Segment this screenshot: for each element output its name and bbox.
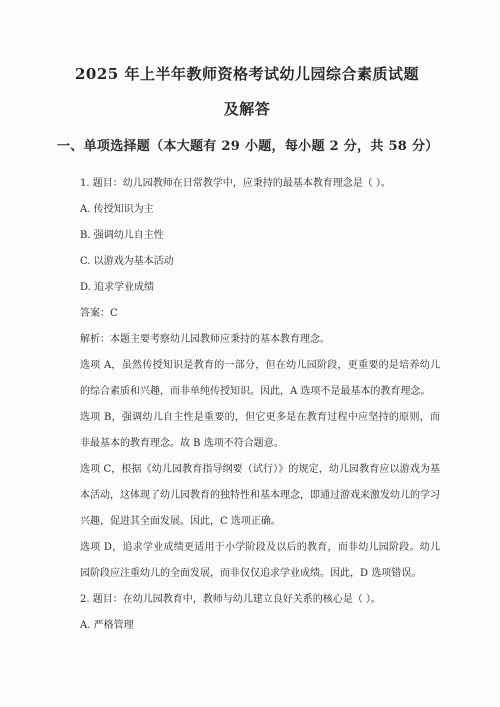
question-1-option-d: D. 追求学业成绩: [80, 275, 440, 301]
question-1-analysis-option-a: 选项 A，虽然传授知识是教育的一部分，但在幼儿园阶段，更重要的是培养幼儿的综合素…: [80, 353, 440, 405]
document-title: 2025 年上半年教师资格考试幼儿园综合素质试题 及解答: [57, 57, 437, 127]
question-1-stem: 1. 题目：幼儿园教师在日常教学中，应秉持的最基本教育理念是（ ）。: [80, 171, 440, 197]
document-page: 2025 年上半年教师资格考试幼儿园综合素质试题 及解答 一、单项选择题（本大题…: [0, 0, 500, 707]
question-1-analysis-option-d: 选项 D，追求学业成绩更适用于小学阶段及以后的教育，而非幼儿园阶段。幼儿园阶段应…: [80, 535, 440, 587]
question-1-answer: 答案：C: [80, 301, 440, 327]
question-1-analysis-intro: 解析：本题主要考察幼儿园教师应秉持的基本教育理念。: [80, 327, 440, 353]
question-1-analysis-option-c: 选项 C，根据《幼儿园教育指导纲要（试行）》的规定，幼儿园教育应以游戏为基本活动…: [80, 457, 440, 535]
question-2-stem: 2. 题目：在幼儿园教育中，教师与幼儿建立良好关系的核心是（ ）。: [80, 587, 440, 613]
title-line-2: 及解答: [57, 92, 437, 127]
question-1-analysis-option-b: 选项 B，强调幼儿自主性是重要的，但它更多是在教育过程中应坚持的原则，而非最基本…: [80, 405, 440, 457]
section-heading: 一、单项选择题（本大题有 29 小题，每小题 2 分，共 58 分）: [57, 134, 500, 160]
document-body: 1. 题目：幼儿园教师在日常教学中，应秉持的最基本教育理念是（ ）。 A. 传授…: [80, 171, 440, 639]
question-1-option-a: A. 传授知识为主: [80, 197, 440, 223]
question-1-option-b: B. 强调幼儿自主性: [80, 223, 440, 249]
title-line-1: 2025 年上半年教师资格考试幼儿园综合素质试题: [57, 57, 437, 92]
document-content: 2025 年上半年教师资格考试幼儿园综合素质试题 及解答 一、单项选择题（本大题…: [0, 0, 500, 639]
question-1-option-c: C. 以游戏为基本活动: [80, 249, 440, 275]
question-2-option-a: A. 严格管理: [80, 613, 440, 639]
